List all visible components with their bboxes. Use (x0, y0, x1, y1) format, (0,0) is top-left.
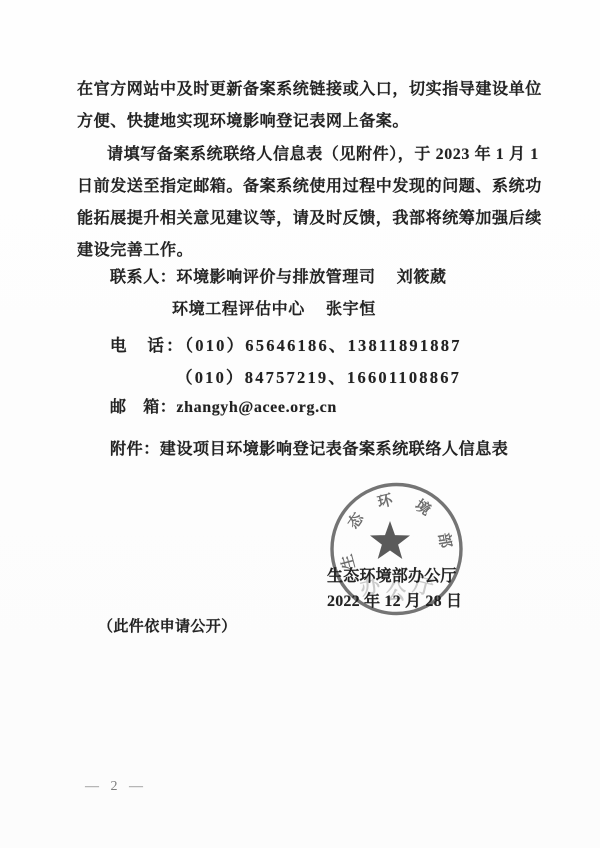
contact-person-line: 联系人：环境影响评价与排放管理司 刘筱葳 (110, 270, 447, 286)
seal-star-icon (370, 521, 410, 559)
seal-char: 态 (344, 509, 368, 532)
page-number: — 2 — (85, 779, 147, 795)
phone-line-2: （010）84757219、16601108867 (176, 370, 461, 387)
email-line: 邮 箱：zhangyh@acee.org.cn (110, 400, 337, 416)
signing-org: 生态环境部办公厅 (327, 569, 457, 585)
contact-person-line-2: 环境工程评估中心 张宇恒 (172, 302, 376, 318)
body-line: 能拓展提升相关意见建议等，请及时反馈，我部将统筹加强后续 (77, 211, 527, 227)
disclosure-note: （此件依申请公开） (98, 620, 237, 635)
body-line: 日前发送至指定邮箱。备案系统使用过程中发现的问题、系统功 (77, 179, 527, 195)
signing-date: 2022 年 12 月 28 日 (327, 594, 462, 610)
scanned-letter-page: 在官方网站中及时更新备案系统链接或入口，切实指导建设单位 方便、快捷地实现环境影… (0, 0, 600, 848)
seal-char: 环 (376, 491, 395, 511)
seal-char: 部 (435, 531, 455, 549)
phone-line-1: 电 话：（010）65646186、13811891887 (110, 338, 462, 355)
body-line: 建设完善工作。 (77, 243, 527, 259)
body-line: 在官方网站中及时更新备案系统链接或入口，切实指导建设单位 (77, 82, 527, 98)
body-line: 方便、快捷地实现环境影响登记表网上备案。 (77, 114, 527, 130)
attachment-line: 附件：建设项目环境影响登记表备案系统联络人信息表 (110, 442, 508, 458)
seal-char: 境 (412, 496, 434, 519)
body-line: 请填写备案系统联络人信息表（见附件），于 2023 年 1 月 1 (107, 147, 557, 163)
